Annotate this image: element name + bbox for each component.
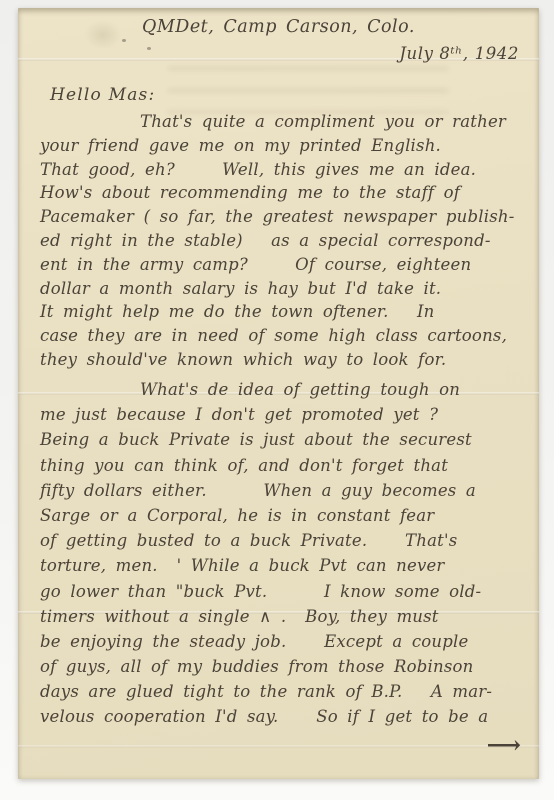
handwritten-line: Sarge or a Corporal, he is in constant f… <box>40 503 529 528</box>
handwritten-line: Being a buck Private is just about the s… <box>40 427 529 452</box>
ink-speck <box>122 39 126 42</box>
handwritten-line: What's de idea of getting tough on <box>40 377 529 402</box>
handwritten-line: go lower than "buck Pvt. I know some old… <box>40 579 529 604</box>
scan-background: QMDet, Camp Carson, Colo. July 8ᵗʰ, 1942… <box>0 0 554 800</box>
handwritten-line: days are glued tight to the rank of B.P.… <box>40 679 529 704</box>
paragraph-1: That's quite a compliment you or rathery… <box>40 110 529 372</box>
letter-heading: QMDet, Camp Carson, Colo. <box>18 17 539 37</box>
letter-page: QMDet, Camp Carson, Colo. July 8ᵗʰ, 1942… <box>18 8 539 779</box>
handwritten-line: of guys, all of my buddies from those Ro… <box>40 654 529 679</box>
handwritten-line: fifty dollars either. When a guy becomes… <box>40 478 529 503</box>
handwritten-line: dollar a month salary is hay but I'd tak… <box>40 277 529 301</box>
handwritten-line: be enjoying the steady job. Except a cou… <box>40 629 529 654</box>
paragraph-2: What's de idea of getting tough onme jus… <box>40 377 529 730</box>
handwritten-line: torture, men. ' While a buck Pvt can nev… <box>40 553 529 578</box>
next-page-arrow-icon: ⟶ <box>487 730 521 759</box>
handwritten-line: me just because I don't get promoted yet… <box>40 402 529 427</box>
handwritten-line: That's quite a compliment you or rather <box>40 110 529 134</box>
bleed-through-ghost-text <box>168 66 448 114</box>
letter-date: July 8ᵗʰ, 1942 <box>399 44 519 63</box>
handwritten-line: It might help me do the town oftener. In <box>40 300 529 324</box>
handwritten-line: ed right in the stable) as a special cor… <box>40 229 529 253</box>
handwritten-line: thing you can think of, and don't forget… <box>40 453 529 478</box>
handwritten-line: case they are in need of some high class… <box>40 324 529 348</box>
handwritten-line: velous cooperation I'd say. So if I get … <box>40 704 529 729</box>
handwritten-line: Pacemaker ( so far, the greatest newspap… <box>40 205 529 229</box>
handwritten-line: ent in the army camp? Of course, eightee… <box>40 253 529 277</box>
handwritten-line: they should've known which way to look f… <box>40 348 529 372</box>
handwritten-line: How's about recommending me to the staff… <box>40 181 529 205</box>
ink-speck <box>147 47 151 50</box>
handwritten-line: of getting busted to a buck Private. Tha… <box>40 528 529 553</box>
handwritten-line: your friend gave me on my printed Englis… <box>40 134 529 158</box>
salutation: Hello Mas: <box>50 85 155 105</box>
handwritten-line: timers without a single ∧ . Boy, they mu… <box>40 604 529 629</box>
fold-crease <box>18 745 539 748</box>
handwritten-line: That good, eh? Well, this gives me an id… <box>40 158 529 182</box>
